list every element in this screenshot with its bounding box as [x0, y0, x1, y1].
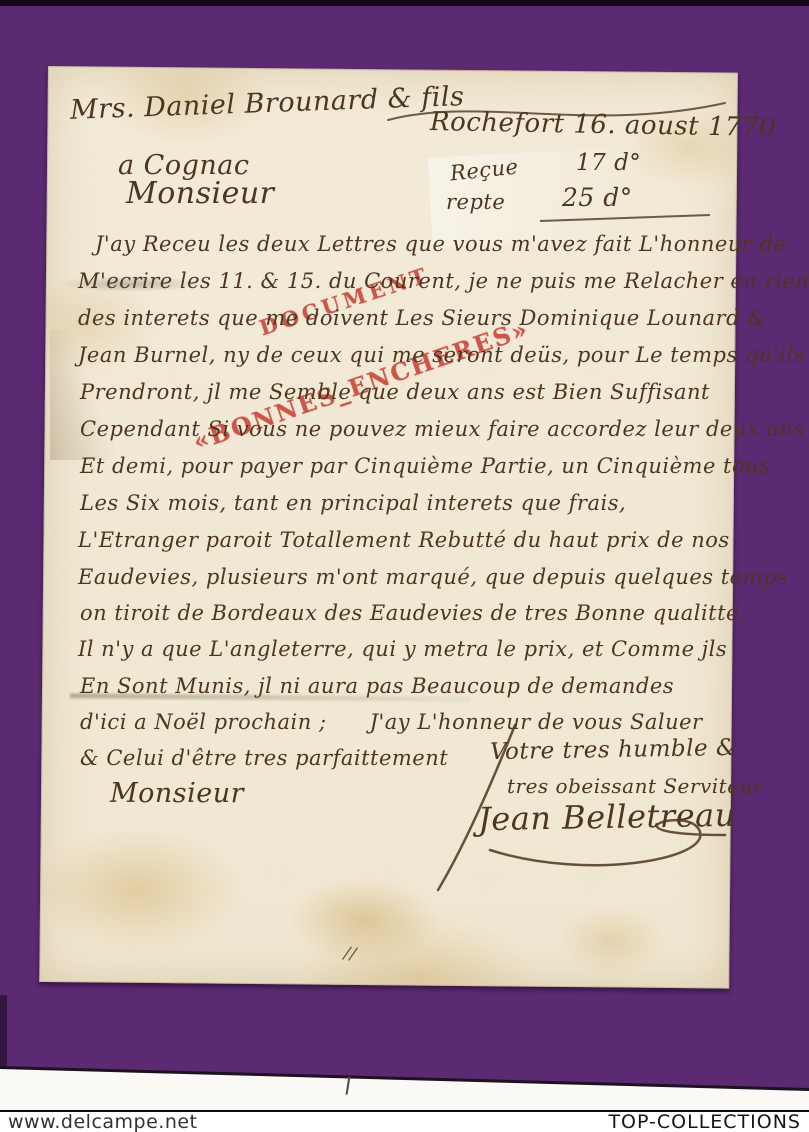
body-line: Il n'y a que L'angleterre, qui y metra l… [78, 637, 727, 661]
replied-value: 25 d° [562, 183, 633, 212]
scanned-letter-photo: Mrs. Daniel Brounard & fils a Cognac Mon… [0, 0, 809, 1132]
body-line: Et demi, pour payer par Cinquième Partie… [80, 454, 770, 478]
body-line: En Sont Munis, jl ni aura pas Beaucoup d… [80, 674, 674, 698]
body-line: J'ay Receu les deux Lettres que vous m'a… [95, 232, 786, 256]
closing-salutation: Monsieur [110, 778, 244, 809]
body-line: & Celui d'être tres parfaittement [80, 746, 448, 770]
replied-label: repte [446, 190, 505, 214]
body-line: M'ecrire les 11. & 15. du Courent, je ne… [78, 269, 809, 293]
scan-edge-left [0, 995, 7, 1073]
body-line: des interets que me doivent Les Sieurs D… [78, 306, 766, 330]
watermark-top-collections: TOP-COLLECTIONS [608, 1111, 801, 1132]
body-line: Prendront, jl me Semble que deux ans est… [80, 380, 710, 404]
watermark-delcampe: www.delcampe.net [8, 1111, 198, 1132]
body-line: d'ici a Noël prochain ; J'ay L'honneur d… [80, 710, 703, 734]
body-line: Les Six mois, tant en principal interets… [80, 491, 626, 515]
body-line: Jean Burnel, ny de ceux qui me seront de… [78, 343, 805, 367]
closing-line-1: Votre tres humble & [490, 735, 737, 765]
salutation: Monsieur [126, 176, 275, 211]
received-value: 17 d° [576, 150, 641, 176]
body-line: Cependant Si vous ne pouvez mieux faire … [80, 417, 805, 441]
scan-edge-top [0, 0, 809, 6]
body-line: L'Etranger paroit Totallement Rebutté du… [78, 528, 730, 552]
dateline: Rochefort 16. aoust 1770 [430, 107, 777, 143]
body-line: on tiroit de Bordeaux des Eaudevies de t… [80, 601, 746, 625]
signature: Jean Belletreau [478, 796, 736, 838]
closing-line-2: tres obeissant Serviteur [507, 774, 763, 798]
body-line: Eaudevies, plusieurs m'ont marqué, que d… [78, 565, 788, 589]
watermark-bar: www.delcampe.net TOP-COLLECTIONS [0, 1110, 809, 1132]
